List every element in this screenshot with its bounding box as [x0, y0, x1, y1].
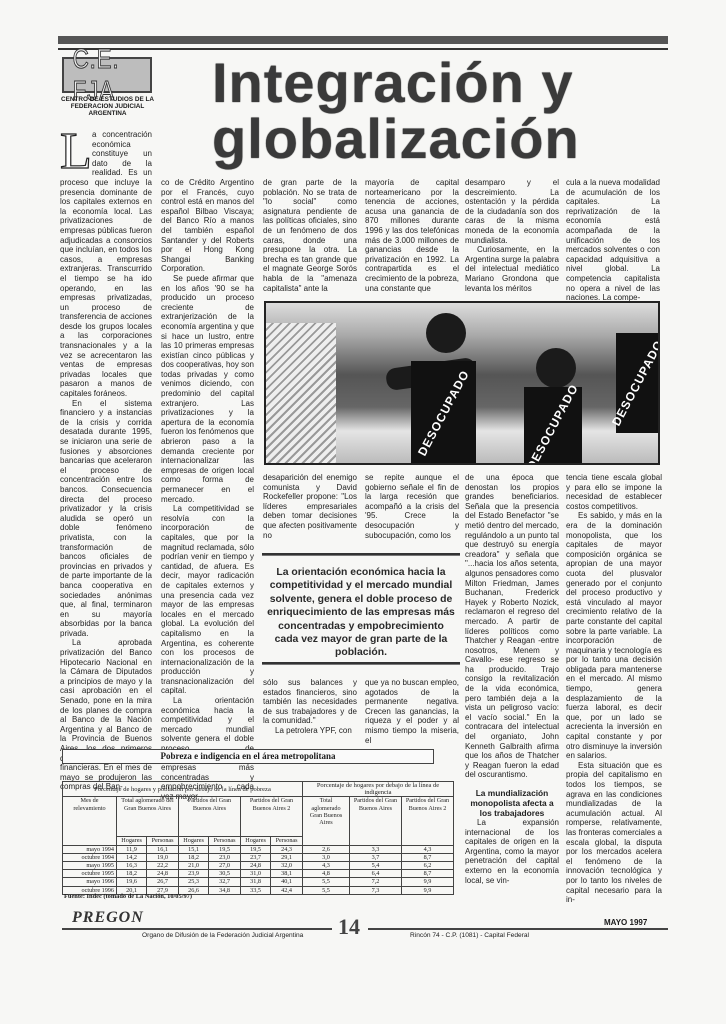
paragraph: desamparo y el descreimiento. La ostenta… — [465, 178, 559, 245]
article-column-6-top: cula a la nueva modalidad de acumulación… — [566, 178, 660, 303]
desocupado-sign: DESOCUPADO — [524, 387, 582, 465]
article-column-1: La concentración económica constituye un… — [60, 130, 152, 792]
table-row: octubre 199518,224,823,930,531,038,14,86… — [63, 870, 454, 878]
paragraph: que ya no buscan empleo, agotados de la … — [365, 678, 459, 745]
headline: Integración y globalización — [212, 55, 672, 167]
table-title: Pobreza e indigencia en el área metropol… — [62, 749, 434, 764]
header-col-group: Partidos del Gran Buenos Aires 2 — [241, 797, 303, 837]
poverty-table: Porcentaje de hogares y población por de… — [62, 781, 454, 895]
paragraph: Esta situación que es propia del capital… — [566, 761, 662, 905]
table-row: octubre 199414,219,018,223,023,729,13,03… — [63, 853, 454, 861]
paragraph: En el sistema financiero y a instancias … — [60, 399, 152, 639]
paragraph: La expansión internacional de los capita… — [465, 818, 559, 885]
paragraph: co de Crédito Argentino por el Francés, … — [161, 178, 254, 274]
subheading: La mundialización monopolista afecta a l… — [465, 788, 559, 818]
article-column-3-top: de gran parte de la población. No se tra… — [263, 178, 357, 293]
article-column-3-bottom: sólo sus balances y estados financieros,… — [263, 678, 357, 736]
pullquote-rule-top — [262, 553, 460, 556]
logo-caption: CENTRO DE ESTUDIOS DE LA FEDERACION JUDI… — [60, 96, 155, 117]
top-rule-line — [58, 48, 668, 50]
protest-photo: DESOCUPADO DESOCUPADO DESOCUPADO — [264, 301, 660, 465]
cefja-logo: C.E. FJA — [62, 57, 152, 93]
paragraph: La concentración económica constituye un… — [60, 130, 152, 399]
paragraph: La aprobada privatización del Banco Hipo… — [60, 638, 152, 792]
table-row: mayo 199411,916,115,119,519,524,32,63,34… — [63, 845, 454, 853]
header-col-group: Total aglomerado Gran Buenos Aires — [303, 797, 350, 845]
paragraph: mayoría de capital norteamericano por la… — [365, 178, 459, 293]
header-poverty-group: Porcentaje de hogares y población por de… — [63, 782, 303, 797]
paragraph: desaparición del enemigo comunista y Dav… — [263, 473, 357, 540]
header-indigence-group: Porcentaje de hogares por debajo de la l… — [303, 782, 454, 797]
footer-rule-right — [368, 928, 668, 930]
paragraph: Es sabido, y más en la era de la dominac… — [566, 511, 662, 760]
header-col-group: Partidos del Gran Buenos Aires 2 — [402, 797, 454, 845]
subheader-hogares: Hogares — [241, 837, 271, 845]
subheader-personas: Personas — [147, 837, 179, 845]
desocupado-sign: DESOCUPADO — [616, 333, 660, 433]
footer-rule-left — [62, 928, 332, 930]
table-source: Fuente: Indec (tomado de La Nación, 10/0… — [64, 893, 192, 900]
paragraph: de una época que denostan los propios gr… — [465, 473, 559, 780]
paragraph: sólo sus balances y estados financieros,… — [263, 678, 357, 726]
article-column-3-mid: desaparición del enemigo comunista y Dav… — [263, 473, 357, 540]
article-column-4-top: mayoría de capital norteamericano por la… — [365, 178, 459, 293]
pullquote-rule-bottom — [262, 662, 460, 665]
header-col-group: Partidos del Gran Buenos Aires — [350, 797, 402, 845]
article-column-2: co de Crédito Argentino por el Francés, … — [161, 178, 254, 802]
headline-line-2: globalización — [212, 111, 672, 167]
paragraph: Se puede afirmar que en los años '90 se … — [161, 274, 254, 504]
header-col-group: Total aglomerado del Gran Buenos Aires — [117, 797, 179, 837]
subheader-hogares: Hogares — [117, 837, 147, 845]
article-column-4-mid: se repite aunque el gobierno señale el f… — [365, 473, 459, 540]
top-rule-bar — [58, 36, 668, 44]
paragraph: La competitividad se resolvía con la inc… — [161, 504, 254, 696]
desocupado-sign: DESOCUPADO — [411, 361, 476, 465]
footer-organization: Organo de Difusión de la Federación Judi… — [142, 932, 303, 939]
paragraph: cula a la nueva modalidad de acumulación… — [566, 178, 660, 303]
paragraph: tencia tiene escala global y para ello s… — [566, 473, 662, 511]
article-column-4-bottom: que ya no buscan empleo, agotados de la … — [365, 678, 459, 745]
paragraph: se repite aunque el gobierno señale el f… — [365, 473, 459, 540]
article-column-5-top: desamparo y el descreimiento. La ostenta… — [465, 178, 559, 293]
paragraph: Curiosamente, en la Argentina surge la p… — [465, 245, 559, 293]
headline-line-1: Integración y — [212, 55, 672, 111]
subheader-personas: Personas — [271, 837, 303, 845]
article-column-5-bottom: de una época que denostan los propios gr… — [465, 473, 559, 885]
dropcap-letter: L — [60, 132, 88, 174]
article-column-6-bottom: tencia tiene escala global y para ello s… — [566, 473, 662, 905]
table-row: mayo 199516,322,221,027,024,832,04,35,46… — [63, 862, 454, 870]
pregon-logo: PREGON — [72, 909, 144, 927]
subheader-hogares: Hogares — [179, 837, 209, 845]
footer-date: MAYO 1997 — [604, 918, 647, 927]
page-number: 14 — [338, 914, 360, 940]
table-row: mayo 199619,626,725,332,731,840,15,57,29… — [63, 878, 454, 886]
paragraph: de gran parte de la población. No se tra… — [263, 178, 357, 293]
paragraph: La petrolera YPF, con — [263, 726, 357, 736]
subheader-personas: Personas — [209, 837, 241, 845]
header-month: Mes de relevamiento — [63, 797, 117, 845]
pullquote: La orientación económica hacia la compet… — [266, 566, 456, 660]
header-col-group: Partidos del Gran Buenos Aires — [179, 797, 241, 837]
footer-address: Rincón 74 - C.P. (1081) - Capital Federa… — [410, 932, 529, 939]
